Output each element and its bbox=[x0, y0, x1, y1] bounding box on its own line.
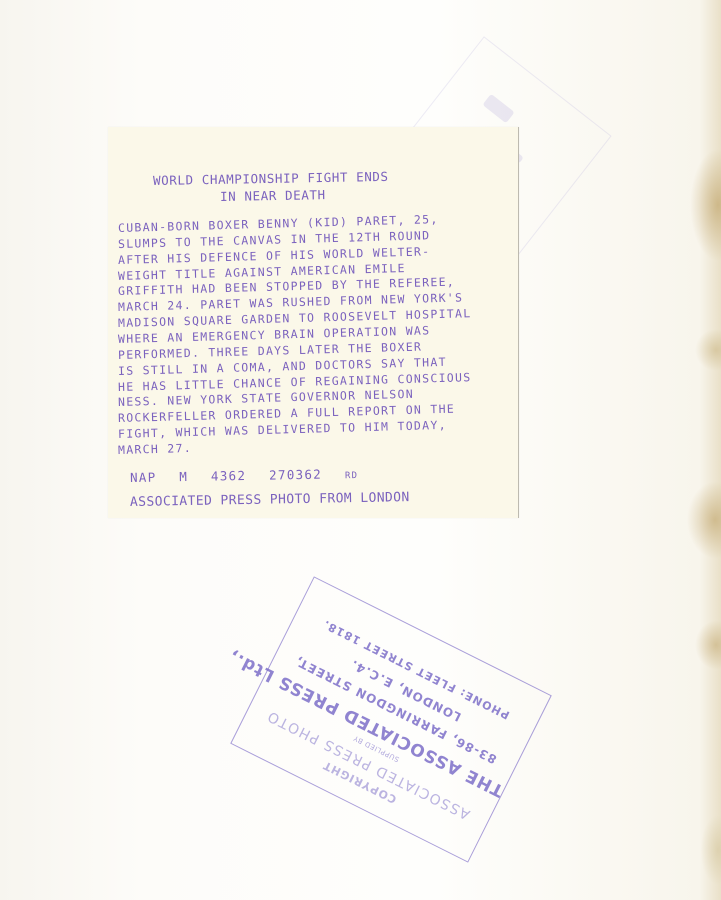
reference-line: NAP M 4362 270362 RD bbox=[130, 466, 359, 485]
body-line: MARCH 27. bbox=[118, 441, 192, 457]
credit-line: ASSOCIATED PRESS PHOTO FROM LONDON bbox=[130, 490, 410, 510]
ref-code: NAP bbox=[130, 470, 157, 485]
stamp-blot bbox=[482, 94, 514, 124]
headline-line-2: IN NEAR DEATH bbox=[220, 187, 326, 204]
ref-initials: RD bbox=[345, 471, 359, 481]
headline-line-1: WORLD CHAMPIONSHIP FIGHT ENDS bbox=[153, 169, 389, 188]
ref-date-code: 270362 bbox=[269, 467, 322, 483]
ref-number: 4362 bbox=[211, 468, 247, 484]
ref-type: M bbox=[179, 469, 188, 484]
caption-slip: WORLD CHAMPIONSHIP FIGHT ENDS IN NEAR DE… bbox=[108, 127, 519, 518]
